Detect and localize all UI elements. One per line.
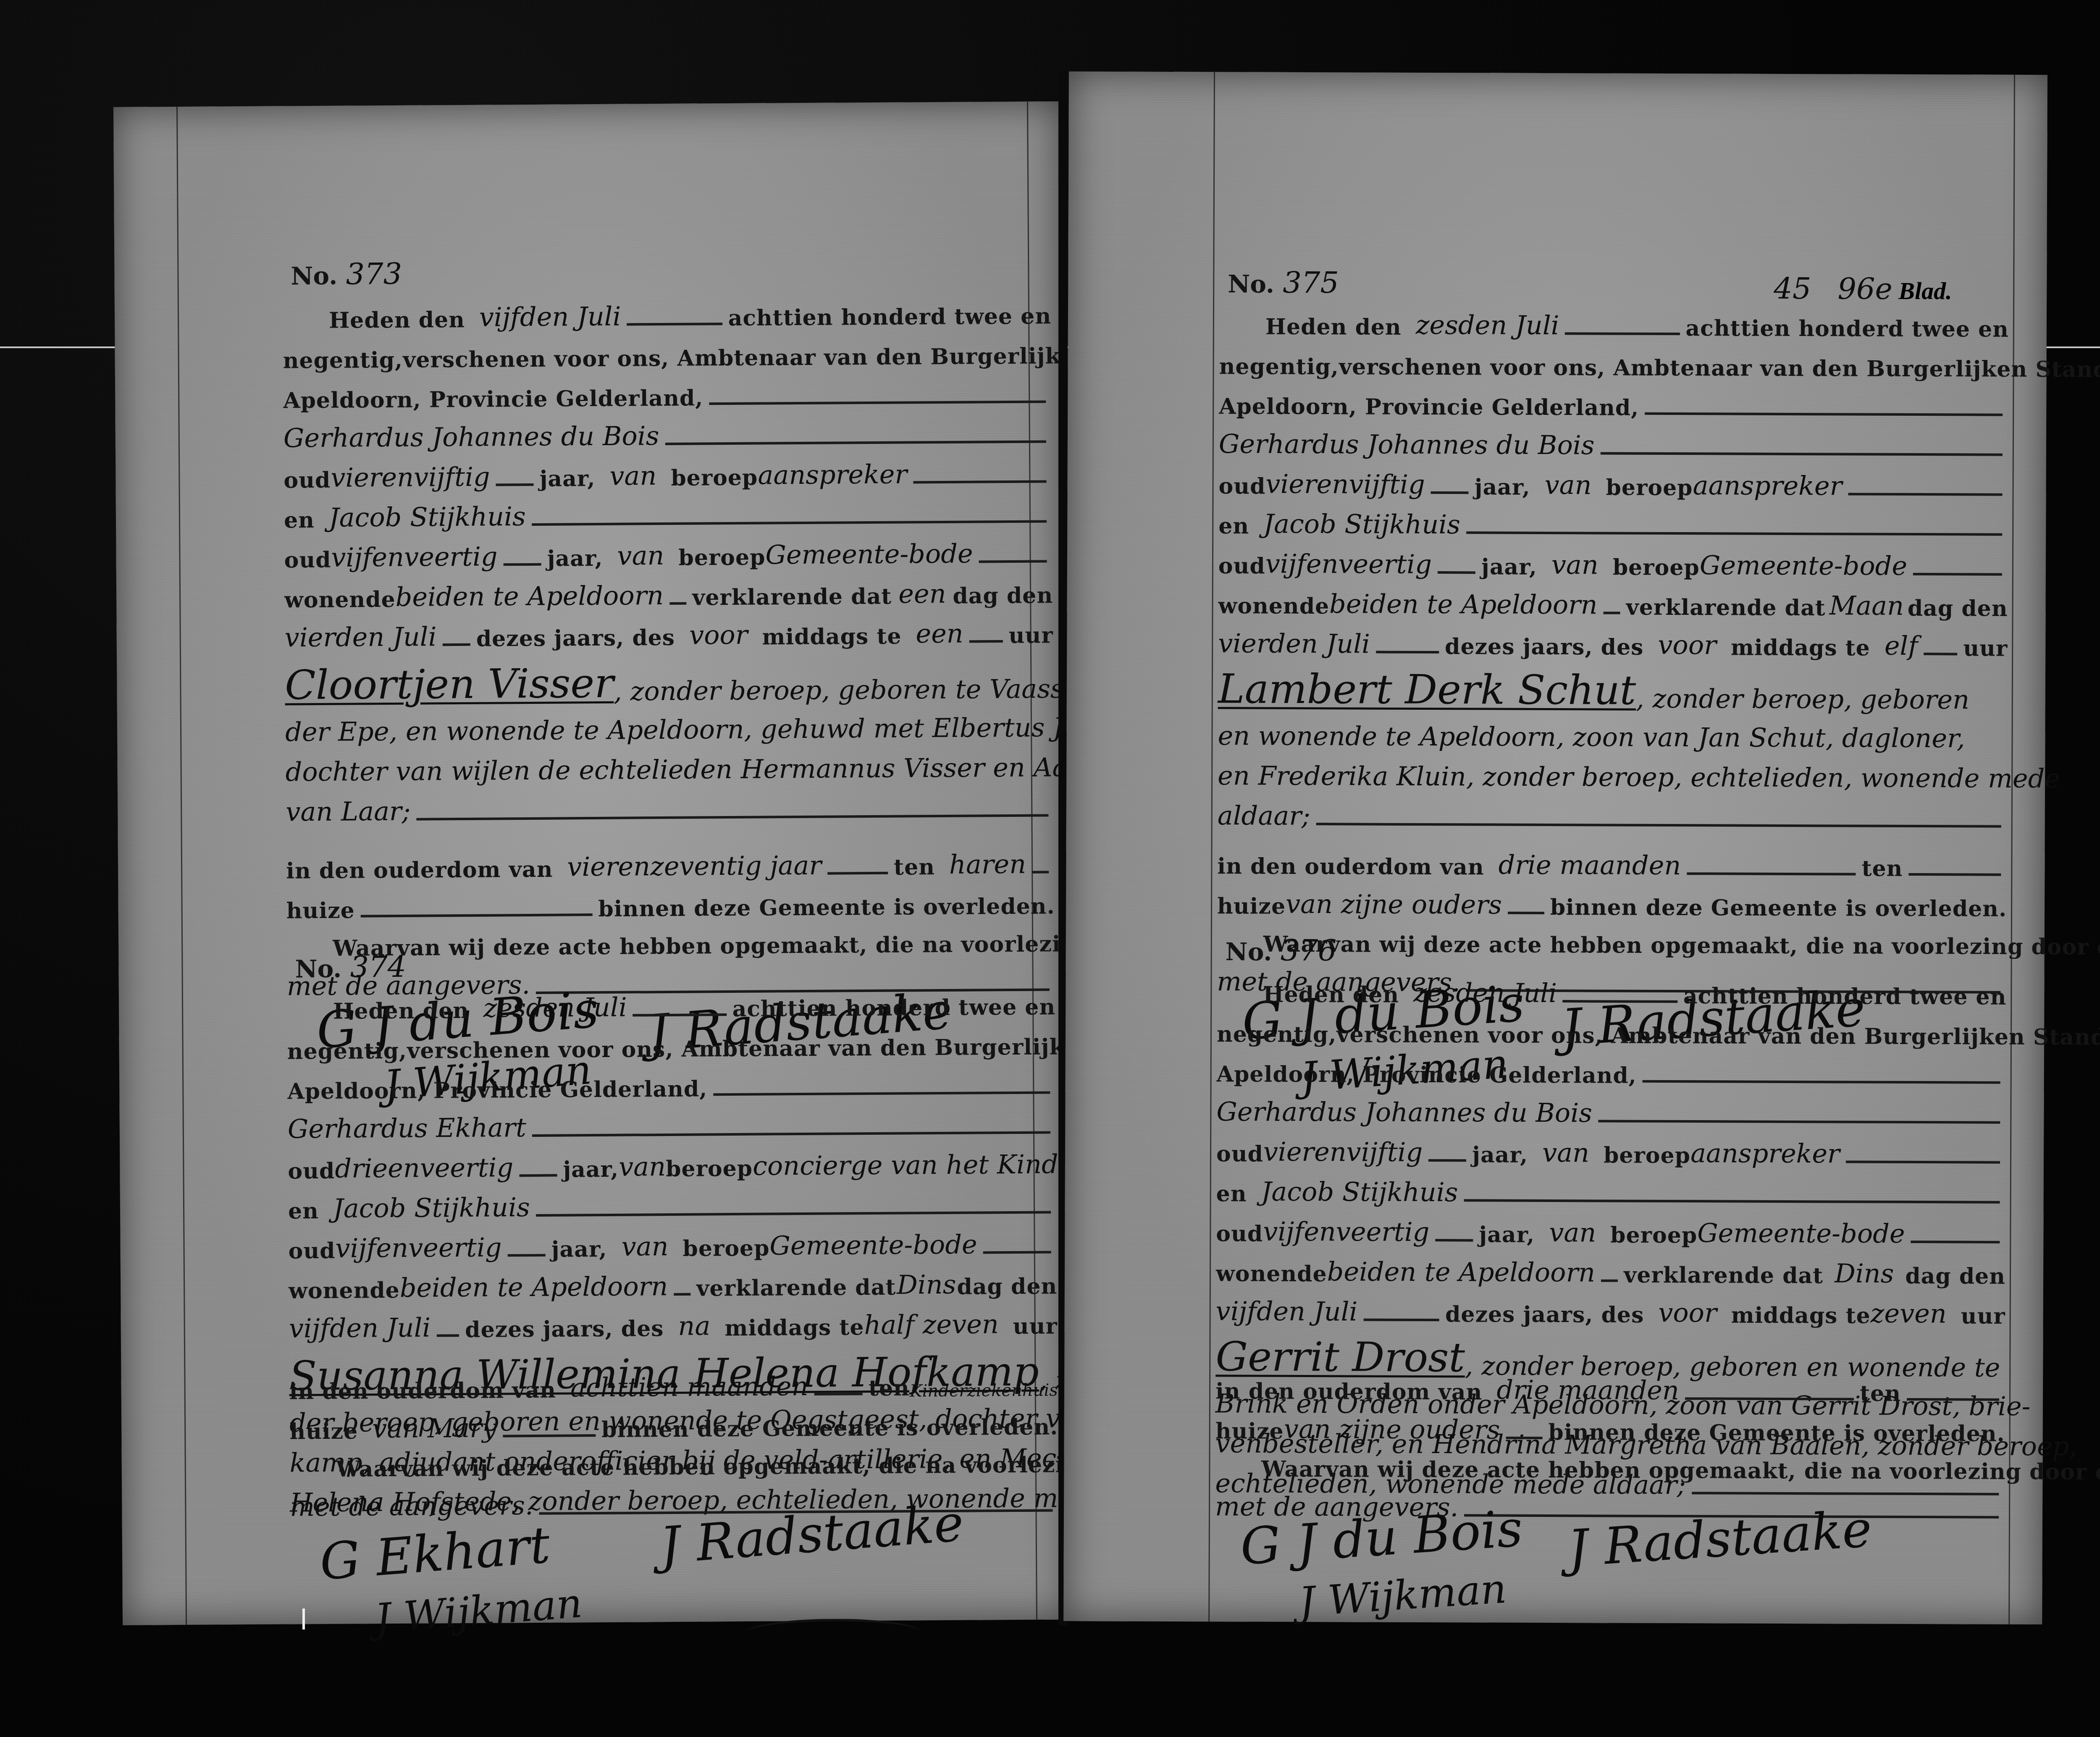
line-time: vierden Julidezes jaars, desvoormiddags … (284, 609, 1053, 653)
line-official: negentig,verschenen voor ons, Ambtenaar … (1217, 1008, 2006, 1050)
details-line: der Epe, en wonende te Apeldoorn, gehuwd… (285, 704, 1054, 747)
line-official: negentig,verschenen voor ons, Ambtenaar … (283, 330, 1052, 373)
record-number: No. 374 (295, 950, 406, 985)
line-residence: wonendebeiden te Apeldoornverklarende da… (284, 569, 1053, 613)
line-huize: huizevan Marybinnen deze Gemeente is ove… (289, 1401, 1058, 1444)
line-municipality: Apeldoorn, Provincie Gelderland, (1219, 380, 2008, 422)
line-age: in den ouderdom vanachttien maandentenKi… (289, 1361, 1058, 1404)
pen-flourish (744, 1618, 921, 1647)
line-official: negentig,verschenen voor ons, Ambtenaar … (287, 1021, 1056, 1064)
line-declarant2: enJacob Stijkhuis (288, 1181, 1057, 1224)
line-deceased: Lambert Derk Schut, zonder beroep, gebor… (1218, 666, 2008, 715)
line-residence: wonendebeiden te Apeldoornverklarende da… (1218, 580, 2008, 622)
line-declarant2: enJacob Stijkhuis (1216, 1168, 2006, 1210)
line-declarant2-age: oudvijfenveertigjaar,vanberoepGemeente-b… (1218, 540, 2008, 582)
record-number: No. 373 (291, 257, 402, 292)
line-official: negentig,verschenen voor ons, Ambtenaar … (1219, 341, 2008, 382)
signature: J Wijkman (373, 1580, 584, 1642)
line-declarant1-age: ouddrieenveertigjaar,vanberoepconcierge … (288, 1141, 1057, 1184)
signature: J Wijkman (1297, 1565, 1508, 1626)
details-line: en Frederika Kluin, zonder beroep, echte… (1218, 752, 2007, 794)
details-line: dochter van wijlen de echtelieden Herman… (285, 744, 1054, 787)
line-waarvan: Waarvan wij deze acte hebben opgemaakt, … (289, 1439, 1058, 1482)
line-residence: wonendebeiden te Apeldoornverklarende da… (1216, 1248, 2005, 1289)
record-number: No. 375 (1228, 265, 1339, 300)
line-declarant1-age: oudvierenvijftigjaar,vanberoepaanspreker (283, 450, 1053, 493)
details-line: aldaar; (1218, 792, 2007, 834)
line-deceased: Cloortjen Visser, zonder beroep, geboren… (285, 658, 1054, 708)
line-age: in den ouderdom vandrie maandenten (1217, 840, 2007, 882)
line-municipality: Apeldoorn, Provincie Gelderland, (1217, 1048, 2006, 1090)
line-date: Heden denzesden Juliachttien honderd twe… (1217, 968, 2006, 1010)
line-municipality: Apeldoorn, Provincie Gelderland, (287, 1061, 1056, 1104)
line-declarant2: enJacob Stijkhuis (1218, 500, 2008, 542)
line-residence: wonendebeiden te Apeldoornverklarende da… (289, 1260, 1058, 1304)
line-declarant1: Gerhardus Johannes du Bois (1219, 420, 2008, 462)
deceased-name: Cloortjen Visser (285, 660, 614, 709)
scan-mark (302, 1608, 305, 1629)
line-huize: huizevan zijne oudersbinnen deze Gemeent… (1217, 880, 2007, 922)
line-waarvan: Waarvan wij deze acte hebben opgemaakt, … (1215, 1443, 2005, 1485)
line-declarant2-age: oudvijfenveertigjaar,vanberoepGemeente-b… (284, 530, 1053, 573)
date-field: vijfden Juli (479, 301, 621, 333)
signature: G Ekhart (318, 1516, 552, 1592)
record-number: No. 376 (1226, 933, 1337, 968)
line-declarant1-age: oudvierenvijftigjaar,vanberoepaanspreker (1218, 460, 2008, 502)
line-date: Heden denzesden Juliachttien honderd twe… (1219, 301, 2009, 342)
line-declarant1: Gerhardus Johannes du Bois (1216, 1088, 2006, 1130)
line-declarant1: Gerhardus Ekhart (288, 1101, 1057, 1144)
line-age: in den ouderdom vanvierenzeventig jaarte… (286, 840, 1055, 884)
line-declarant2-age: oudvijfenveertigjaar,vanberoepGemeente-b… (288, 1220, 1057, 1264)
death-record-373: No. 373 Heden denvijfden Juliachttien ho… (282, 244, 1055, 879)
left-margin-rule (176, 107, 187, 1625)
left-margin-rule (1208, 72, 1215, 1622)
deceased-name: Lambert Derk Schut (1218, 665, 1636, 714)
line-time: vierden Julidezes jaars, desvoormiddags … (1218, 620, 2008, 661)
signatures-374: G Ekhart J Radstaake J Wijkman (303, 1521, 1018, 1660)
line-municipality: Apeldoorn, Provincie Gelderland, (283, 370, 1052, 413)
line-huize: huizevan zijne oudersbinnen deze Gemeent… (1215, 1405, 2005, 1447)
line-declarant2: enJacob Stijkhuis (284, 490, 1053, 533)
line-time: vijfden Julidezes jaars, desvoormiddags … (1216, 1288, 2005, 1329)
line-huize: huizebinnen deze Gemeente is overleden. (286, 880, 1055, 924)
details-line: van Laar; (286, 784, 1055, 827)
line-declarant1: Gerhardus Johannes du Bois (283, 410, 1052, 453)
line-age: in den ouderdom vandrie maandenten (1215, 1365, 2005, 1407)
left-page: No. 373 Heden denvijfden Juliachttien ho… (113, 101, 1070, 1625)
line-declarant1-age: oudvierenvijftigjaar,vanberoepaanspreker (1216, 1128, 2006, 1170)
signatures-376: G J du Bois J Radstaake J Wijkman (1223, 1517, 1937, 1645)
line-time: vijfden Julidezes jaars, desnamiddags te… (289, 1300, 1058, 1343)
line-date: Heden denzesden Juliachttien honderd twe… (287, 981, 1056, 1024)
right-page: 45 96e Blad. No. 375 Heden denzesden Jul… (1063, 71, 2047, 1624)
line-date: Heden denvijfden Juliachttien honderd tw… (283, 290, 1052, 333)
details-line: en wonende te Apeldoorn, zoon van Jan Sc… (1218, 712, 2007, 754)
line-declarant2-age: oudvijfenveertigjaar,vanberoepGemeente-b… (1216, 1208, 2005, 1249)
death-record-375: No. 375 Heden denzesden Juliachttien hon… (1217, 257, 2009, 889)
